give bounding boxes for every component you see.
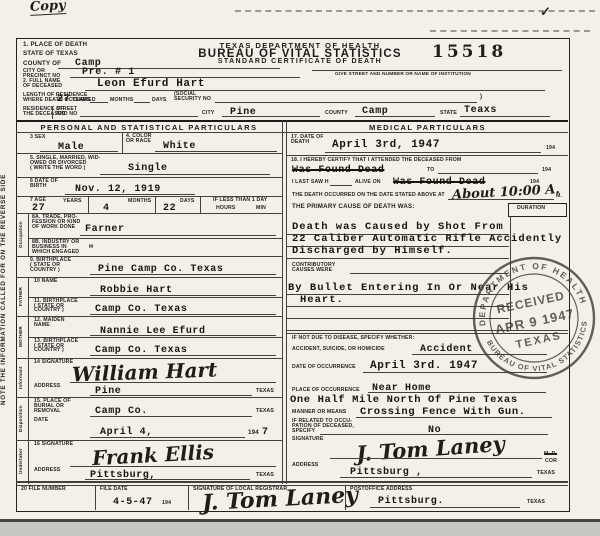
rule: [282, 120, 283, 484]
rule: [95, 485, 96, 510]
rule: [85, 90, 545, 91]
maiden-name-label2: NAME: [34, 323, 50, 329]
age-days-label: DAYS: [180, 199, 195, 205]
primary-cause-label: THE PRIMARY CAUSE OF DEATH WAS:: [292, 204, 415, 211]
fullname-value: Leon Efurd Hart: [97, 78, 205, 90]
rule: [222, 116, 320, 117]
texas-suffix: TEXAS: [256, 473, 274, 479]
marital-label3: ( WRITE THE WORD ): [30, 166, 85, 172]
occurrence-place-label: PLACE OF OCCURRENCE: [292, 388, 360, 394]
county2-label: COUNTY: [325, 111, 348, 117]
certify-label: 18. I HEREBY CERTIFY THAT I ATTENDED THE…: [291, 158, 461, 164]
rule: [355, 116, 435, 117]
rule: [325, 152, 541, 153]
rule: [70, 466, 276, 467]
contributory-label2: CAUSES WERE: [292, 268, 332, 274]
age-years-value: 27: [32, 203, 45, 214]
age-years-label: YEARS: [63, 199, 82, 205]
photo-edge-strip: [0, 519, 600, 536]
year-stub: 194: [248, 430, 259, 437]
rule: [16, 120, 568, 122]
age-days-value: 22: [163, 203, 176, 214]
race-label2: OR RACE: [126, 139, 151, 145]
length-years-value: 27: [57, 94, 70, 105]
certificate-paper: Copy ✓ NOTE THE INFORMATION CALLED FOR O…: [0, 0, 600, 519]
rule: [200, 196, 201, 213]
rule: [438, 173, 538, 174]
rule: [286, 120, 287, 484]
file-date-value: 4-5-47: [113, 497, 153, 508]
year-stub: 194: [542, 168, 551, 174]
father-name-label: 10 NAME: [34, 279, 58, 285]
industry-value: ": [88, 245, 95, 256]
birthdate-label2: BIRTH: [30, 184, 47, 190]
to-label: TO: [427, 168, 434, 174]
rule: [287, 258, 509, 259]
rule: [188, 485, 189, 510]
occupation-related-label3: SPECIFY: [292, 429, 315, 435]
rule: [88, 196, 89, 213]
city-label: CITY: [202, 111, 214, 117]
rule: [155, 196, 156, 213]
texas-suffix: TEXAS: [256, 389, 274, 395]
place-of-death-label: 1. PLACE OF DEATH: [23, 42, 87, 49]
rule: [330, 458, 542, 459]
rule: [134, 102, 150, 103]
rule: [90, 274, 276, 275]
rule: [122, 133, 123, 153]
trade-value: Farner: [85, 224, 125, 235]
cause-line2: 22 Caliber Automatic Rifle Accidently: [292, 233, 562, 245]
file-number-label: 20 FILE NUMBER: [21, 487, 66, 493]
rule: [85, 479, 250, 480]
rule: [90, 416, 252, 417]
rule: [370, 507, 520, 508]
industry-label3: WHICH ENGAGED: [32, 250, 79, 256]
received-stamp: DEPARTMENT OF HEALTH BUREAU OF VITAL STA…: [456, 240, 600, 397]
alive-on-label: ALIVE ON: [355, 180, 381, 186]
undertaker-address-label: ADDRESS: [34, 468, 60, 474]
informant-signature-label: 14 SIGNATURE: [34, 360, 73, 366]
state-or-country-label2: COUNTRY ): [34, 308, 64, 314]
texas-suffix: TEXAS: [256, 409, 274, 415]
rule: [287, 155, 568, 156]
rule: [52, 106, 53, 119]
rule: [215, 102, 477, 103]
rule: [80, 235, 276, 236]
rule: [356, 417, 552, 418]
state-label: STATE: [440, 111, 457, 117]
contributory-line2: Heart.: [300, 294, 344, 306]
death-date-value: April 3rd, 1947: [332, 139, 440, 151]
age-months-value: 4: [103, 203, 110, 214]
rule: [100, 174, 270, 175]
burial-date-year-typed: 7: [262, 427, 269, 438]
postoffice-label: POSTOFFICE ADDRESS: [350, 487, 412, 493]
reverse-side-margin-note: NOTE THE INFORMATION CALLED FOR ON THE R…: [1, 108, 14, 470]
state-or-country-label2: COUNTRY ): [30, 268, 60, 274]
burial-label3: REMOVAL: [34, 409, 61, 415]
death-occurred-label: THE DEATH OCCURRED ON THE DATE STATED AB…: [292, 193, 445, 199]
checkmark-mark: ✓: [540, 4, 551, 20]
stamp-texas-text: TEXAS: [515, 330, 563, 351]
county-label: COUNTY OF: [23, 61, 61, 68]
md-label-struck: M. D.: [544, 452, 557, 458]
age-min-label: MIN: [256, 206, 266, 212]
undertaker-signature-label: 16 SIGNATURE: [34, 442, 73, 448]
rule: [90, 314, 276, 315]
year-stub: 194: [162, 501, 171, 507]
rule: [16, 481, 568, 483]
not-disease-label: IF NOT DUE TO DISEASE, SPECIFY WHETHER:: [292, 336, 414, 342]
rule: [312, 70, 562, 71]
rule: [330, 185, 352, 186]
meridiem-label: M.: [556, 194, 562, 200]
marital-value: Single: [128, 163, 168, 174]
disposition-side-label: Disposition: [18, 399, 27, 438]
rule: [28, 277, 29, 484]
duration-label: DURATION: [517, 206, 545, 212]
occurrence-date-label: DATE OF OCCURRENCE: [292, 365, 356, 371]
manner-label: MANNER OR MEANS: [292, 410, 346, 416]
year-stub: 194: [546, 146, 555, 152]
sex-label: 3 SEX: [30, 135, 45, 141]
rule: [90, 295, 276, 296]
rule: [448, 199, 554, 200]
years-label: YEARS: [72, 98, 91, 104]
cause-line3: Discharged by Himself.: [292, 245, 453, 257]
attended-from-value: Was Found Dead: [292, 165, 384, 176]
state-value: Teaxs: [464, 105, 497, 116]
scanned-death-certificate: Copy ✓ NOTE THE INFORMATION CALLED FOR O…: [0, 0, 600, 536]
death-date-label2: DEATH: [291, 140, 309, 146]
occurrence-date-value: April 3rd. 1947: [370, 360, 478, 372]
state-of-texas-label: STATE OF TEXAS: [23, 51, 78, 58]
burial-date-label: DATE: [34, 418, 48, 424]
rule: [368, 392, 546, 393]
informant-address-label: ADDRESS: [34, 384, 60, 390]
rule: [65, 194, 195, 195]
cause-line1: Death was Caused by Shot From: [292, 221, 504, 233]
trade-label3: OF WORK DONE: [32, 225, 75, 231]
rule: [90, 335, 276, 336]
rule: [80, 116, 198, 117]
ssn-label2: SECURITY NO: [174, 97, 211, 103]
fullname-label2: OF DECEASED: [23, 84, 62, 90]
last-saw-label: I LAST SAW H: [292, 180, 329, 186]
rule: [460, 116, 550, 117]
mother-side-label: MOTHER: [18, 318, 27, 356]
cor-label: COR: [545, 459, 557, 465]
rule: [90, 395, 252, 396]
rule: [340, 477, 532, 478]
institution-caption: GIVE STREET AND NUMBER OR NAME OF INSTIT…: [335, 72, 471, 77]
rule: [90, 102, 108, 103]
dept-title-line3: STANDARD CERTIFICATE OF DEATH: [120, 58, 480, 65]
occupation-side-label: Occupation: [18, 215, 27, 255]
personal-particulars-header: PERSONAL AND STATISTICAL PARTICULARS: [16, 123, 282, 132]
rule: [90, 355, 276, 356]
rule: [16, 153, 282, 154]
street-label2: AND NO: [56, 112, 77, 118]
rule: [70, 382, 276, 383]
accident-suicide-homicide-label: ACCIDENT, SUICIDE, OR HOMICIDE: [292, 347, 385, 353]
copy-handwritten-note: Copy: [30, 0, 66, 16]
informant-side-label: Informant: [18, 360, 27, 395]
texas-suffix: TEXAS: [527, 500, 545, 506]
medical-particulars-header: MEDICAL PARTICULARS: [287, 123, 568, 132]
texas-suffix: TEXAS: [537, 471, 555, 477]
age-less-than-day-label: IF LESS THAN 1 DAY: [213, 198, 267, 204]
age-hours-label: HOURS: [216, 206, 235, 212]
state-or-country-label2: COUNTRY ): [34, 348, 64, 354]
rule: [155, 151, 277, 152]
father-side-label: FATHER: [18, 279, 27, 315]
physician-signature-label: SIGNATURE: [292, 437, 324, 443]
file-date-label: FILE DATE: [100, 487, 128, 493]
undertaker-side-label: Undertaker: [18, 442, 27, 481]
age-months-label: MONTHS: [128, 199, 151, 205]
ssn-paren-close: ): [480, 94, 482, 101]
scan-artifact-line: [430, 30, 590, 32]
rule: [90, 437, 245, 438]
postoffice-value: Pittsburg.: [378, 496, 444, 507]
rule: [40, 151, 118, 152]
months-label: MONTHS: [110, 98, 133, 104]
rule: [28, 213, 29, 256]
days-label: DAYS: [152, 98, 167, 104]
certificate-number: 15518: [432, 42, 506, 62]
physician-address-label: ADDRESS: [292, 463, 318, 469]
